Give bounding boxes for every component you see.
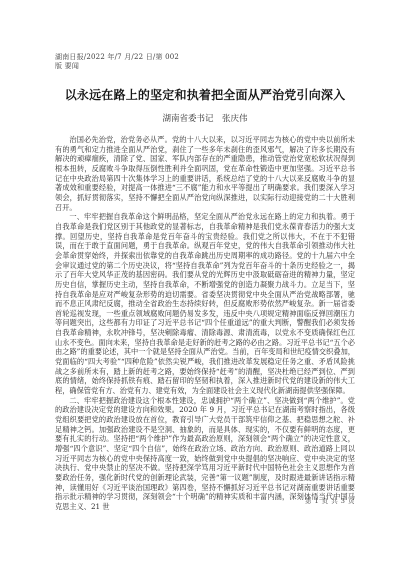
article-paragraph-intro: 治国必先治党，治党务必从严。党的十八大以来，以习近平同志为核心的党中央以前所未有… — [55, 135, 355, 212]
publication-meta-line2: 版 要闻 — [55, 62, 355, 71]
document-page: 湖南日报/2022 年/7 月/22 日/第 002 版 要闻 以永远在路上的坚… — [0, 0, 410, 580]
publication-meta-line1: 湖南日报/2022 年/7 月/22 日/第 002 — [55, 53, 355, 62]
article-byline: 湖南省委书记 张庆伟 — [55, 112, 355, 124]
article-paragraph-section2: 二、牢牢把握政治建设这个根本性建设，忠诚拥护“两个确立”、坚决做到“两个维护”。… — [55, 396, 355, 512]
article-body: 治国必先治党，治党务必从严。党的十八大以来，以习近平同志为核心的党中央以前所未有… — [55, 135, 355, 512]
article-paragraph-section1: 一、牢牢把握自我革命这个鲜明品格，坚定全面从严治党永远在路上的定力和执着。勇于自… — [55, 212, 355, 395]
page-number: 第 1 页 共 3 页 — [305, 496, 355, 505]
article-title: 以永远在路上的坚定和执着把全面从严治党引向深入 — [55, 86, 355, 103]
publication-meta: 湖南日报/2022 年/7 月/22 日/第 002 版 要闻 — [55, 53, 355, 71]
